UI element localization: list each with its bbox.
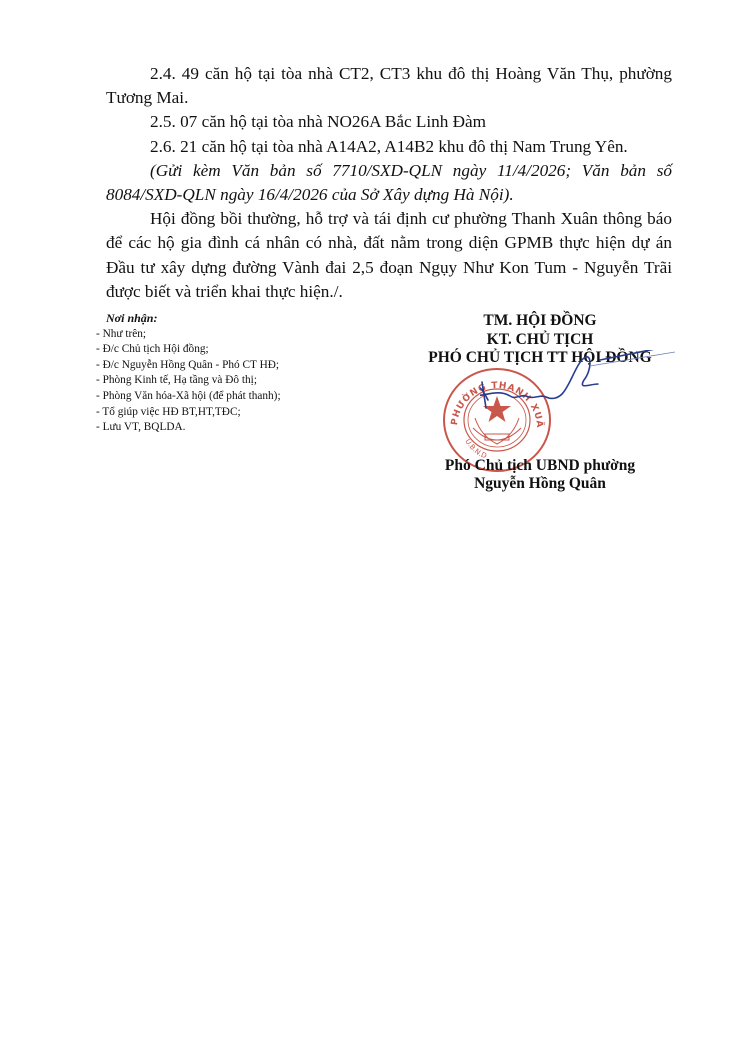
handwritten-signature-icon — [480, 350, 680, 430]
attachment-note: (Gửi kèm Văn bản số 7710/SXD-QLN ngày 11… — [106, 159, 672, 207]
recipients-list: Nơi nhận: - Như trên; - Đ/c Chủ tịch Hội… — [96, 311, 281, 436]
document-body: 2.4. 49 căn hộ tại tòa nhà CT2, CT3 khu … — [106, 62, 672, 304]
paragraph-2-4: 2.4. 49 căn hộ tại tòa nhà CT2, CT3 khu … — [106, 62, 672, 110]
recipient-item: - Đ/c Nguyễn Hồng Quân - Phó CT HĐ; — [96, 358, 281, 374]
signature-line-2: KT. CHỦ TỊCH — [390, 331, 690, 350]
paragraph-2-5: 2.5. 07 căn hộ tại tòa nhà NO26A Bắc Lin… — [106, 110, 672, 134]
signer-block: Phó Chủ tịch UBND phường Nguyễn Hồng Quâ… — [390, 457, 690, 493]
recipient-item: - Phòng Kinh tế, Hạ tầng và Đô thị; — [96, 373, 281, 389]
recipient-item: - Đ/c Chủ tịch Hội đồng; — [96, 342, 281, 358]
paragraph-2-6: 2.6. 21 căn hộ tại tòa nhà A14A2, A14B2 … — [106, 135, 672, 159]
recipient-item: - Tổ giúp việc HĐ BT,HT,TĐC; — [96, 405, 281, 421]
notice-paragraph: Hội đồng bồi thường, hỗ trợ và tái định … — [106, 207, 672, 304]
recipient-item: - Lưu VT, BQLDA. — [96, 420, 281, 436]
signer-title: Phó Chủ tịch UBND phường — [390, 457, 690, 475]
recipient-item: - Như trên; — [96, 327, 281, 343]
recipients-heading: Nơi nhận: — [96, 311, 281, 327]
signature-line-1: TM. HỘI ĐỒNG — [390, 312, 690, 331]
recipient-item: - Phòng Văn hóa-Xã hội (để phát thanh); — [96, 389, 281, 405]
signer-name: Nguyễn Hồng Quân — [390, 475, 690, 493]
